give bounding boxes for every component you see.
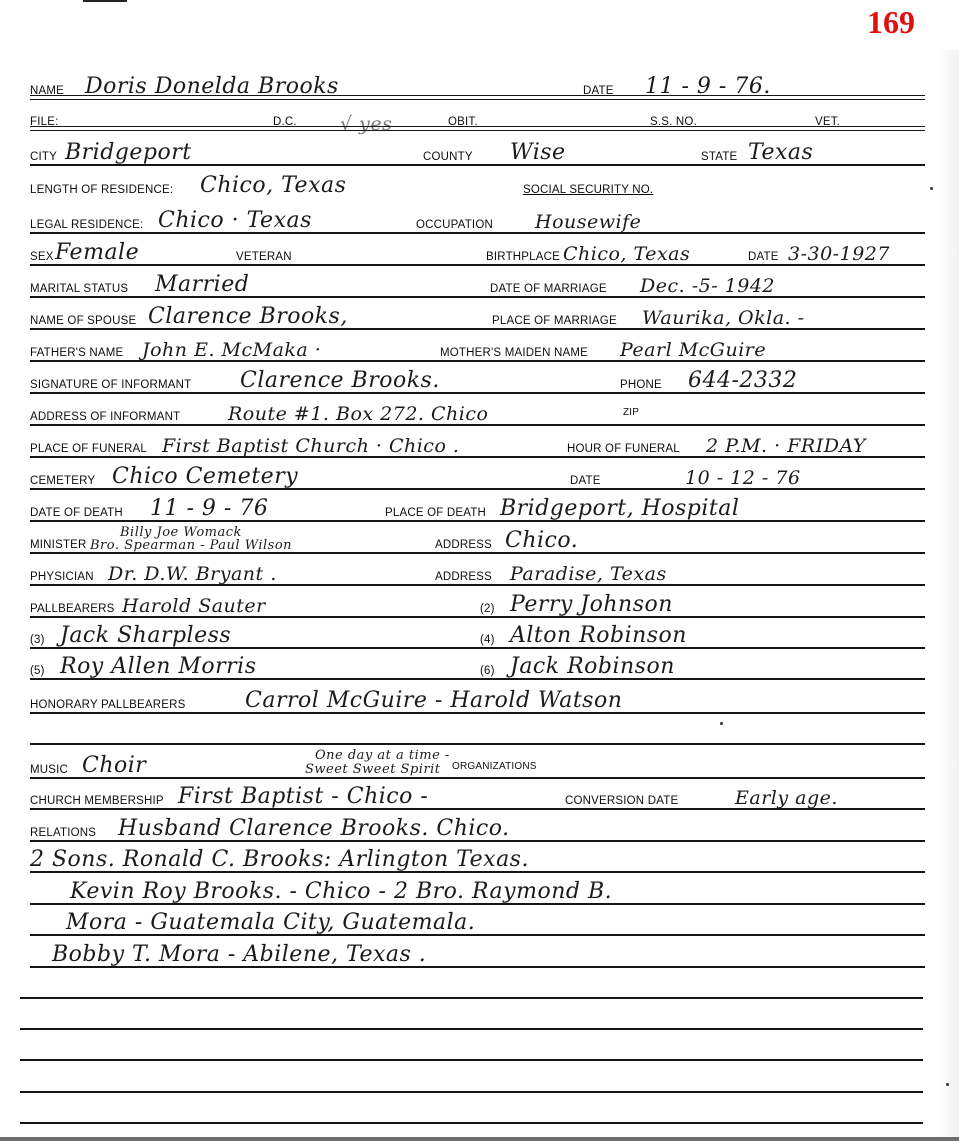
- rule: [30, 584, 925, 586]
- pallbearer-6: Jack Robinson: [510, 654, 675, 679]
- rule: [30, 488, 925, 490]
- place-of-marriage-label: PLACE OF MARRIAGE: [492, 315, 617, 327]
- date-label: DATE: [583, 85, 614, 97]
- marital-status-value: Married: [155, 272, 249, 297]
- blank-rule: [20, 1059, 923, 1061]
- ss-no-label: S.S. NO.: [650, 116, 697, 128]
- music-value: Choir: [82, 753, 146, 778]
- row-pallbearers-3: (5) Roy Allen Morris (6) Jack Robinson: [30, 650, 925, 680]
- occupation-label: OCCUPATION: [416, 219, 493, 231]
- date-of-marriage-value: Dec. -5- 1942: [640, 275, 775, 297]
- relations-label: RELATIONS: [30, 827, 96, 839]
- file-label: FILE:: [30, 116, 58, 128]
- rule: [30, 840, 925, 842]
- state-value: Texas: [748, 140, 813, 165]
- zip-label: ZIP: [623, 407, 639, 418]
- funeral-date-value: 10 - 12 - 76: [685, 467, 801, 489]
- pallbearers-label: PALLBEARERS: [30, 603, 114, 615]
- scan-edge-shadow: [939, 50, 959, 1141]
- signature-of-informant-label: SIGNATURE OF INFORMANT: [30, 379, 191, 391]
- physician-label: PHYSICIAN: [30, 571, 94, 583]
- rule: [30, 712, 925, 714]
- row-funeral: PLACE OF FUNERAL First Baptist Church · …: [30, 428, 925, 458]
- county-value: Wise: [510, 140, 566, 165]
- pallbearer-6-num: (6): [480, 665, 495, 677]
- physician-address-value: Paradise, Texas: [510, 563, 667, 585]
- row-honorary-pallbearers: HONORARY PALLBEARERS Carrol McGuire - Ha…: [30, 684, 925, 714]
- conversion-date-label: CONVERSION DATE: [565, 795, 678, 807]
- cemetery-value: Chico Cemetery: [112, 464, 298, 489]
- row-marital-status: MARITAL STATUS Married DATE OF MARRIAGE …: [30, 268, 925, 298]
- relations-line-4: Mora - Guatemala City, Guatemala.: [66, 910, 475, 935]
- rule: [30, 616, 925, 618]
- funeral-date-label: DATE: [570, 475, 601, 487]
- top-margin-mark: [83, 0, 127, 2]
- row-physician: PHYSICIAN Dr. D.W. Bryant . ADDRESS Para…: [30, 556, 925, 586]
- social-security-no-label: SOCIAL SECURITY NO.: [523, 184, 653, 196]
- rule: [30, 456, 925, 458]
- music-song-1: One day at a time -: [315, 748, 450, 763]
- rule: [30, 99, 925, 100]
- rule: [30, 678, 925, 680]
- scan-bottom-edge: [0, 1137, 959, 1141]
- rule: [30, 934, 925, 936]
- dc-value: √ yes: [340, 113, 392, 135]
- rule: [30, 966, 925, 968]
- date-of-death-label: DATE OF DEATH: [30, 507, 123, 519]
- name-of-spouse-value: Clarence Brooks,: [148, 304, 348, 329]
- minister-label: MINISTER: [30, 539, 87, 551]
- pallbearer-2: Perry Johnson: [510, 592, 673, 617]
- page-number: 169: [867, 4, 915, 41]
- rule: [30, 647, 925, 649]
- mothers-maiden-name-label: MOTHER'S MAIDEN NAME: [440, 347, 588, 359]
- sex-value: Female: [55, 240, 139, 265]
- phone-label: PHONE: [620, 379, 662, 391]
- place-of-death-value: Bridgeport, Hospital: [500, 496, 739, 521]
- rule: [30, 328, 925, 330]
- dc-label: D.C.: [273, 116, 297, 128]
- pallbearer-5-num: (5): [30, 665, 45, 677]
- name-label: NAME: [30, 85, 64, 97]
- name-of-spouse-label: NAME OF SPOUSE: [30, 315, 136, 327]
- speck: [946, 1083, 949, 1086]
- rule: [30, 777, 925, 779]
- row-relations-2: 2 Sons. Ronald C. Brooks: Arlington Texa…: [30, 843, 925, 873]
- honorary-pallbearers-value: Carrol McGuire - Harold Watson: [245, 688, 622, 713]
- rule: [30, 808, 925, 810]
- city-value: Bridgeport: [65, 140, 192, 165]
- rule: [30, 520, 925, 522]
- church-membership-label: CHURCH MEMBERSHIP: [30, 795, 164, 807]
- place-of-death-label: PLACE OF DEATH: [385, 507, 486, 519]
- name-value: Doris Donelda Brooks: [85, 74, 339, 99]
- blank-rule: [30, 743, 925, 745]
- signature-of-informant-value: Clarence Brooks.: [240, 368, 440, 393]
- birthplace-label: BIRTHPLACE: [486, 251, 560, 263]
- row-relations-4: Mora - Guatemala City, Guatemala.: [30, 906, 925, 936]
- legal-residence-value: Chico · Texas: [158, 208, 312, 233]
- row-relations-5: Bobby T. Mora - Abilene, Texas .: [30, 938, 925, 968]
- blank-rule: [20, 997, 923, 999]
- rule: [30, 264, 925, 266]
- birth-date-value: 3-30-1927: [788, 243, 890, 265]
- conversion-date-value: Early age.: [735, 787, 838, 809]
- obit-label: OBIT.: [448, 116, 478, 128]
- row-file: FILE: D.C. √ yes OBIT. S.S. NO. VET.: [30, 101, 925, 131]
- county-label: COUNTY: [423, 151, 473, 163]
- row-church: CHURCH MEMBERSHIP First Baptist - Chico …: [30, 780, 925, 810]
- rule: [30, 296, 925, 298]
- pallbearer-3-num: (3): [30, 634, 45, 646]
- address-of-informant-value: Route #1. Box 272. Chico: [228, 403, 488, 425]
- pallbearer-2-num: (2): [480, 603, 495, 615]
- row-spouse: NAME OF SPOUSE Clarence Brooks, PLACE OF…: [30, 300, 925, 330]
- place-of-marriage-value: Waurika, Okla. -: [642, 307, 805, 329]
- row-parents: FATHER'S NAME John E. McMaka · MOTHER'S …: [30, 332, 925, 362]
- physician-address-label: ADDRESS: [435, 571, 492, 583]
- veteran-label: VETERAN: [236, 251, 292, 263]
- music-song-2: Sweet Sweet Spirit: [305, 762, 441, 777]
- rule: [30, 360, 925, 362]
- rule: [30, 130, 925, 131]
- row-sex: SEX Female VETERAN BIRTHPLACE Chico, Tex…: [30, 236, 925, 266]
- pallbearer-5: Roy Allen Morris: [60, 654, 257, 679]
- organizations-label: ORGANIZATIONS: [452, 761, 537, 772]
- sex-label: SEX: [30, 251, 54, 263]
- row-relations-3: Kevin Roy Brooks. - Chico - 2 Bro. Raymo…: [30, 875, 925, 905]
- pallbearer-3: Jack Sharpless: [60, 623, 231, 648]
- rule: [30, 232, 925, 234]
- rule: [30, 424, 925, 426]
- birthplace-value: Chico, Texas: [563, 243, 690, 265]
- city-label: CITY: [30, 151, 57, 163]
- honorary-pallbearers-label: HONORARY PALLBEARERS: [30, 699, 185, 711]
- row-length-of-residence: LENGTH OF RESIDENCE: Chico, Texas SOCIAL…: [30, 169, 925, 199]
- rule: [30, 871, 925, 873]
- date-of-marriage-label: DATE OF MARRIAGE: [490, 283, 607, 295]
- pallbearer-4: Alton Robinson: [510, 623, 687, 648]
- birth-date-label: DATE: [748, 251, 779, 263]
- blank-rule: [20, 1091, 923, 1093]
- blank-rule: [20, 1122, 923, 1124]
- row-minister: MINISTER Billy Joe Womack Bro. Spearman …: [30, 524, 925, 554]
- place-of-funeral-label: PLACE OF FUNERAL: [30, 443, 147, 455]
- minister-address-label: ADDRESS: [435, 539, 492, 551]
- pallbearer-1: Harold Sauter: [122, 595, 266, 617]
- row-informant-address: ADDRESS OF INFORMANT Route #1. Box 272. …: [30, 396, 925, 426]
- row-relations: RELATIONS Husband Clarence Brooks. Chico…: [30, 812, 925, 842]
- date-of-death-value: 11 - 9 - 76: [150, 496, 268, 521]
- minister-address-value: Chico.: [505, 528, 578, 553]
- church-membership-value: First Baptist - Chico -: [178, 784, 428, 809]
- rule: [30, 552, 925, 554]
- place-of-funeral-value: First Baptist Church · Chico .: [162, 435, 459, 457]
- date-value: 11 - 9 - 76.: [645, 74, 771, 99]
- pallbearer-4-num: (4): [480, 634, 495, 646]
- relations-line-1: Husband Clarence Brooks. Chico.: [118, 816, 510, 841]
- length-of-residence-value: Chico, Texas: [200, 173, 346, 198]
- row-pallbearers-1: PALLBEARERS Harold Sauter (2) Perry John…: [30, 588, 925, 618]
- length-of-residence-label: LENGTH OF RESIDENCE:: [30, 184, 173, 196]
- music-label: MUSIC: [30, 764, 68, 776]
- row-legal-residence: LEGAL RESIDENCE: Chico · Texas OCCUPATIO…: [30, 204, 925, 234]
- state-label: STATE: [701, 151, 737, 163]
- row-informant-signature: SIGNATURE OF INFORMANT Clarence Brooks. …: [30, 364, 925, 394]
- row-music: MUSIC Choir One day at a time - Sweet Sw…: [30, 749, 925, 779]
- vet-label: VET.: [815, 116, 840, 128]
- rule: [30, 903, 925, 905]
- rule: [30, 392, 925, 394]
- speck: [720, 722, 723, 725]
- row-city: CITY Bridgeport COUNTY Wise STATE Texas: [30, 136, 925, 166]
- minister-value: Bro. Spearman - Paul Wilson: [90, 538, 292, 553]
- row-cemetery: CEMETERY Chico Cemetery DATE 10 - 12 - 7…: [30, 460, 925, 490]
- speck: [930, 187, 933, 190]
- fathers-name-label: FATHER'S NAME: [30, 347, 123, 359]
- blank-rule: [20, 1028, 923, 1030]
- row-name: NAME Doris Donelda Brooks DATE 11 - 9 - …: [30, 70, 925, 100]
- row-death: DATE OF DEATH 11 - 9 - 76 PLACE OF DEATH…: [30, 492, 925, 522]
- relations-line-2: 2 Sons. Ronald C. Brooks: Arlington Texa…: [30, 847, 529, 872]
- phone-value: 644-2332: [688, 368, 797, 393]
- address-of-informant-label: ADDRESS OF INFORMANT: [30, 411, 180, 423]
- fathers-name-value: John E. McMaka ·: [142, 339, 321, 361]
- relations-line-5: Bobby T. Mora - Abilene, Texas .: [52, 942, 426, 967]
- hour-of-funeral-value: 2 P.M. · FRIDAY: [706, 435, 866, 457]
- row-pallbearers-2: (3) Jack Sharpless (4) Alton Robinson: [30, 619, 925, 649]
- mothers-maiden-name-value: Pearl McGuire: [620, 339, 766, 361]
- relations-line-3: Kevin Roy Brooks. - Chico - 2 Bro. Raymo…: [70, 879, 612, 904]
- marital-status-label: MARITAL STATUS: [30, 283, 128, 295]
- hour-of-funeral-label: HOUR OF FUNERAL: [567, 443, 680, 455]
- cemetery-label: CEMETERY: [30, 475, 95, 487]
- rule: [30, 164, 925, 166]
- occupation-value: Housewife: [535, 211, 641, 233]
- legal-residence-label: LEGAL RESIDENCE:: [30, 219, 143, 231]
- physician-value: Dr. D.W. Bryant .: [108, 563, 277, 585]
